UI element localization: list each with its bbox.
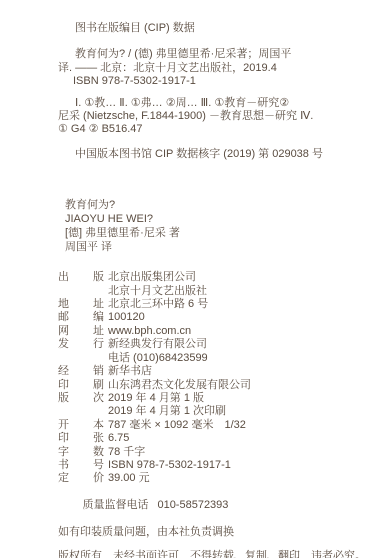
info-value: 北京出版集团公司 [108, 271, 196, 284]
book-title: 教育何为? [65, 198, 358, 212]
book-copyright-page: 图书在版编目 (CIP) 数据 教育何为? / (德) 弗里德里希·尼采著；周国… [0, 0, 375, 558]
info-label: 出版 [58, 271, 108, 284]
info-label: 字数 [58, 446, 108, 459]
info-value: 78 千字 [108, 446, 145, 459]
info-value: 100120 [108, 311, 145, 324]
info-label: 地址 [58, 298, 108, 311]
info-value: 6.75 [108, 432, 129, 445]
info-label: 印张 [58, 432, 108, 445]
info-value: 北京北三环中路 6 号 [108, 298, 208, 311]
quality-phone-line: 质量监督电话010-58572393 [58, 486, 358, 526]
info-row-printer: 印刷山东鸿君杰文化发展有限公司 [58, 379, 358, 392]
info-label: 发行 [58, 338, 108, 351]
info-row-distributor-extra: 电话 (010)68423599 [58, 352, 358, 365]
info-row-isbn: 书号ISBN 978-7-5302-1917-1 [58, 459, 358, 472]
cip-class-line2: 尼采 (Nietzsche, F.1844-1900) －教育思想－研究 Ⅳ. [58, 110, 358, 123]
book-title-pinyin: JIAOYU HE WEI? [65, 212, 358, 226]
info-row-publisher-extra: 北京十月文艺出版社 [58, 285, 358, 298]
info-value: 787 毫米 × 1092 毫米 1/32 [108, 419, 246, 432]
cip-record-line2: 译. —— 北京：北京十月文艺出版社，2019.4 [58, 62, 358, 75]
cip-class-line1: Ⅰ. ①教… Ⅱ. ①弗… ②周… Ⅲ. ①教育－研究② [58, 97, 358, 110]
quality-phone-label: 质量监督电话 [82, 499, 148, 511]
book-author: [德] 弗里德里希·尼采 著 [65, 226, 358, 240]
info-row-edition-extra: 2019 年 4 月第 1 次印刷 [58, 405, 358, 418]
info-row-price: 定价39.00 元 [58, 472, 358, 485]
info-row-sheets: 印张6.75 [58, 432, 358, 445]
cip-record: 教育何为? / (德) 弗里德里希·尼采著；周国平 译. —— 北京：北京十月文… [58, 48, 358, 88]
info-value: 山东鸿君杰文化发展有限公司 [108, 379, 251, 392]
title-block: 教育何为? JIAOYU HE WEI? [德] 弗里德里希·尼采 著 周国平 … [58, 198, 358, 254]
info-label: 开本 [58, 419, 108, 432]
page-content: 图书在版编目 (CIP) 数据 教育何为? / (德) 弗里德里希·尼采著；周国… [58, 22, 358, 558]
quality-phone-number: 010-58572393 [157, 499, 228, 511]
book-translator: 周国平 译 [65, 240, 358, 254]
info-row-address: 地址北京北三环中路 6 号 [58, 298, 358, 311]
info-row-postcode: 邮编100120 [58, 311, 358, 324]
quality-note: 如有印装质量问题，由本社负责调换 [58, 526, 358, 539]
info-value: 39.00 元 [108, 472, 150, 485]
info-row-wordcount: 字数78 千字 [58, 446, 358, 459]
cip-classification: Ⅰ. ①教… Ⅱ. ①弗… ②周… Ⅲ. ①教育－研究② 尼采 (Nietzsc… [58, 97, 358, 137]
cip-isbn: ISBN 978-7-5302-1917-1 [58, 75, 358, 88]
info-row-edition: 版次2019 年 4 月第 1 版 [58, 392, 358, 405]
info-label: 版次 [58, 392, 108, 405]
info-label: 邮编 [58, 311, 108, 324]
copyright-notice: 版权所有，未经书面许可，不得转载、复制、翻印，违者必究。 [58, 550, 358, 558]
info-label: 定价 [58, 472, 108, 485]
cip-heading: 图书在版编目 (CIP) 数据 [58, 22, 358, 35]
info-row-format: 开本787 毫米 × 1092 毫米 1/32 [58, 419, 358, 432]
publication-info: 出版北京出版集团公司 北京十月文艺出版社 地址北京北三环中路 6 号 邮编100… [58, 271, 358, 539]
info-value: www.bph.com.cn [108, 325, 191, 338]
info-row-website: 网址www.bph.com.cn [58, 325, 358, 338]
cip-record-number: 中国版本图书馆 CIP 数据核字 (2019) 第 029038 号 [58, 148, 358, 161]
info-label: 网址 [58, 325, 108, 338]
info-row-publisher: 出版北京出版集团公司 [58, 271, 358, 284]
info-row-distributor: 发行新经典发行有限公司 [58, 338, 358, 351]
info-value: 2019 年 4 月第 1 版 [108, 392, 204, 405]
info-label: 印刷 [58, 379, 108, 392]
info-value: ISBN 978-7-5302-1917-1 [108, 459, 231, 472]
cip-record-line1: 教育何为? / (德) 弗里德里希·尼采著；周国平 [58, 48, 358, 61]
info-row-retailer: 经销新华书店 [58, 365, 358, 378]
info-value: 新华书店 [108, 365, 152, 378]
cip-class-line3: ① G4 ② B516.47 [58, 123, 358, 136]
info-value: 新经典发行有限公司 [108, 338, 207, 351]
info-label: 书号 [58, 459, 108, 472]
info-label: 经销 [58, 365, 108, 378]
